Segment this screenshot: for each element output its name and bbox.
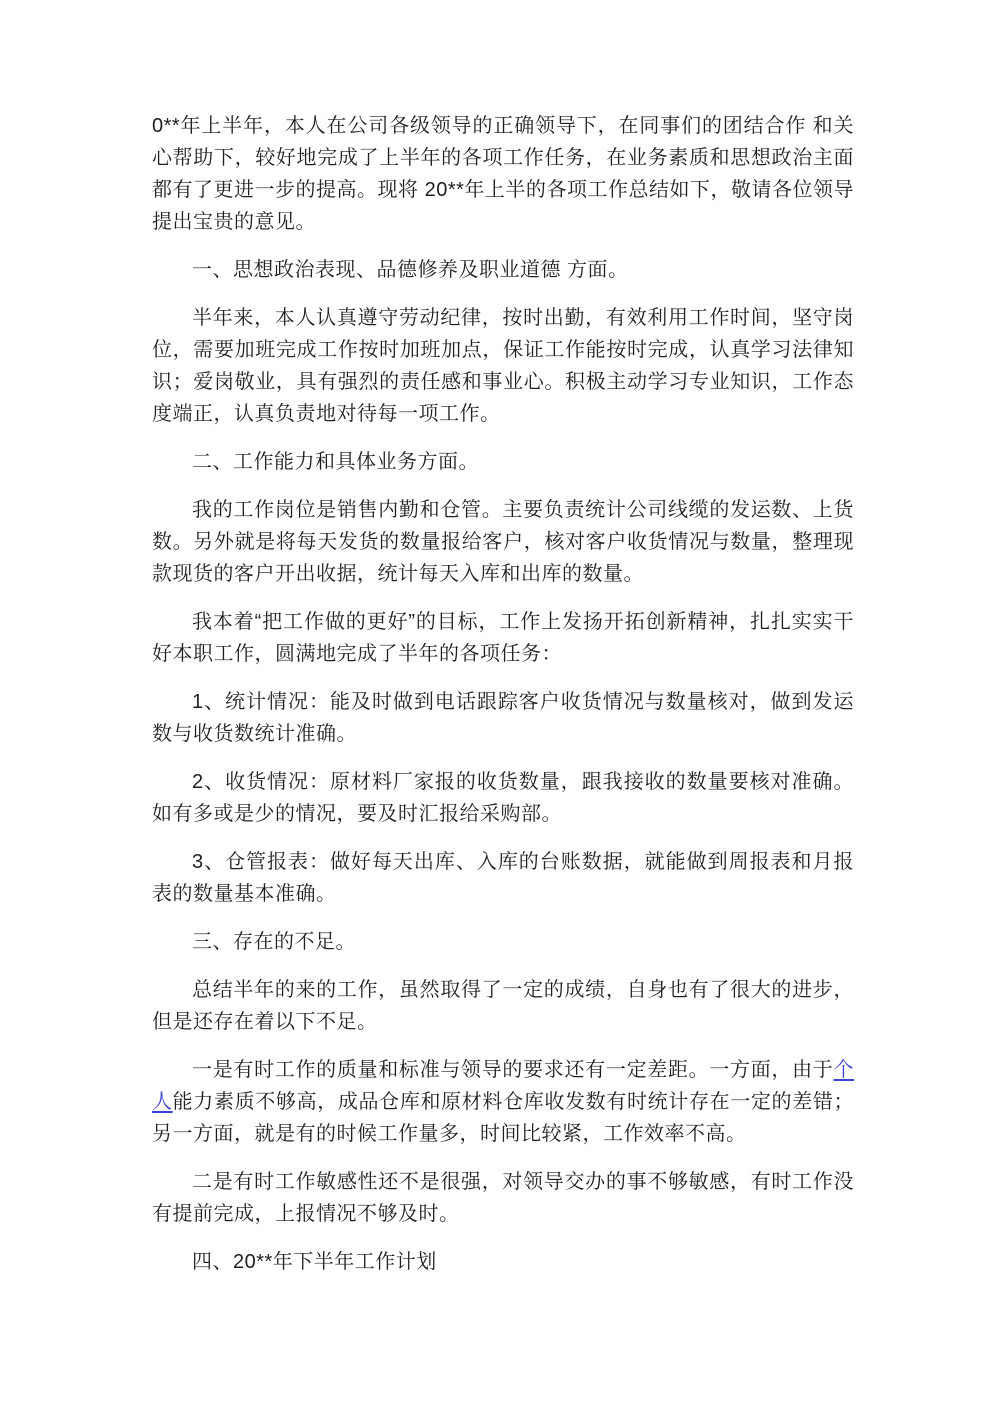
paragraph-goal: 我本着“把工作做的更好”的目标，工作上发扬开拓创新精神，扎扎实实干好本职工作，圆… (152, 606, 854, 670)
paragraph-intro: 0**年上半年，本人在公司各级领导的正确领导下，在同事们的团结合作 和关心帮助下… (152, 110, 854, 238)
list-item-receiving: 2、收货情况：原材料厂家报的收货数量，跟我接收的数量要核对准确。如有多或是少的情… (152, 766, 854, 830)
paragraph-discipline: 半年来，本人认真遵守劳动纪律，按时出勤，有效利用工作时间，坚守岗位，需要加班完成… (152, 302, 854, 430)
paragraph-summary: 总结半年的来的工作，虽然取得了一定的成绩，自身也有了很大的进步，但是还存在着以下… (152, 974, 854, 1038)
section-heading-ability: 二、工作能力和具体业务方面。 (152, 446, 854, 478)
shortcoming-text-after-link: 能力素质不够高，成品仓库和原材料仓库收发数有时统计存在一定的差错；另一方面，就是… (152, 1091, 854, 1145)
document-page: 0**年上半年，本人在公司各级领导的正确领导下，在同事们的团结合作 和关心帮助下… (0, 0, 1000, 1415)
paragraph-shortcoming-one: 一是有时工作的质量和标准与领导的要求还有一定差距。一方面，由于个人能力素质不够高… (152, 1054, 854, 1150)
shortcoming-text-before-link: 一是有时工作的质量和标准与领导的要求还有一定差距。一方面，由于 (192, 1059, 834, 1081)
list-item-warehouse-report: 3、仓管报表：做好每天出库、入库的台账数据，就能做到周报表和月报表的数量基本准确… (152, 846, 854, 910)
paragraph-job-duties: 我的工作岗位是销售内勤和仓管。主要负责统计公司线缆的发运数、上货数。另外就是将每… (152, 494, 854, 590)
section-heading-plan: 四、20**年下半年工作计划 (152, 1246, 854, 1278)
section-heading-shortcomings: 三、存在的不足。 (152, 926, 854, 958)
paragraph-shortcoming-two: 二是有时工作敏感性还不是很强，对领导交办的事不够敏感，有时工作没有提前完成，上报… (152, 1166, 854, 1230)
section-heading-politics: 一、思想政治表现、品德修养及职业道德 方面。 (152, 254, 854, 286)
document-viewport: { "page": { "bg_color": "#ffffff", "text… (0, 0, 1000, 1415)
list-item-statistics: 1、统计情况：能及时做到电话跟踪客户收货情况与数量核对，做到发运数与收货数统计准… (152, 686, 854, 750)
